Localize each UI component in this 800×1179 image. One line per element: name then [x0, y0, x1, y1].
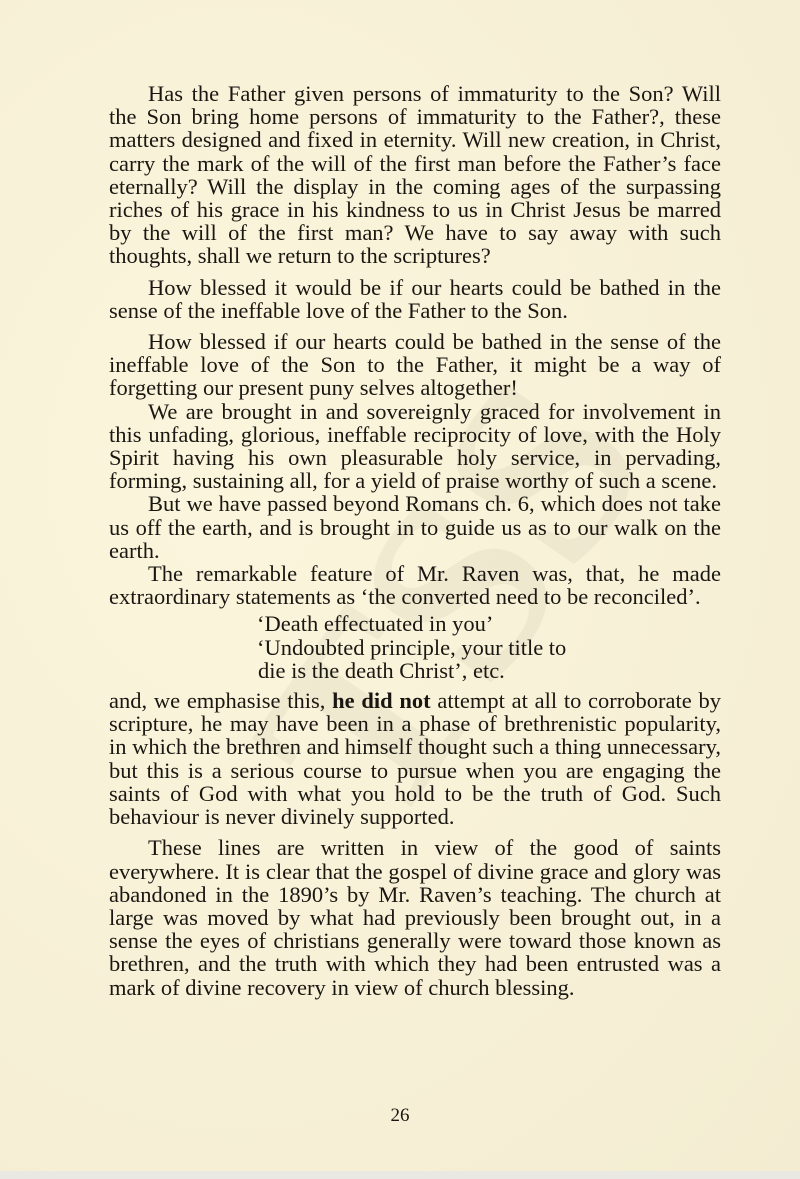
- book-page: TSS Has the Father given persons of imma…: [0, 0, 800, 1171]
- paragraph: How blessed if our hearts could be bathe…: [109, 330, 721, 400]
- paragraph: How blessed it would be if our hearts co…: [109, 276, 721, 322]
- quote-line: die is the death Christ’, etc.: [257, 659, 721, 682]
- paragraph: We are brought in and sovereignly graced…: [109, 400, 721, 493]
- body-text: Has the Father given persons of immaturi…: [109, 82, 721, 999]
- paragraph: These lines are written in view of the g…: [109, 836, 721, 998]
- quote-line: ‘Death effectuated in you’: [257, 612, 721, 635]
- text-run: and, we emphasise this,: [109, 688, 332, 713]
- quote-line: ‘Undoubted principle, your title to: [257, 636, 721, 659]
- block-quote: ‘Death effectuated in you’ ‘Undoubted pr…: [257, 612, 721, 682]
- emphasis-bold: he did not: [332, 688, 431, 713]
- paragraph: Has the Father given persons of immaturi…: [109, 82, 721, 268]
- paragraph: The remarkable feature of Mr. Raven was,…: [109, 562, 721, 608]
- page-number: 26: [0, 1105, 800, 1127]
- paragraph: and, we emphasise this, he did not attem…: [109, 689, 721, 828]
- paragraph: But we have passed beyond Romans ch. 6, …: [109, 492, 721, 562]
